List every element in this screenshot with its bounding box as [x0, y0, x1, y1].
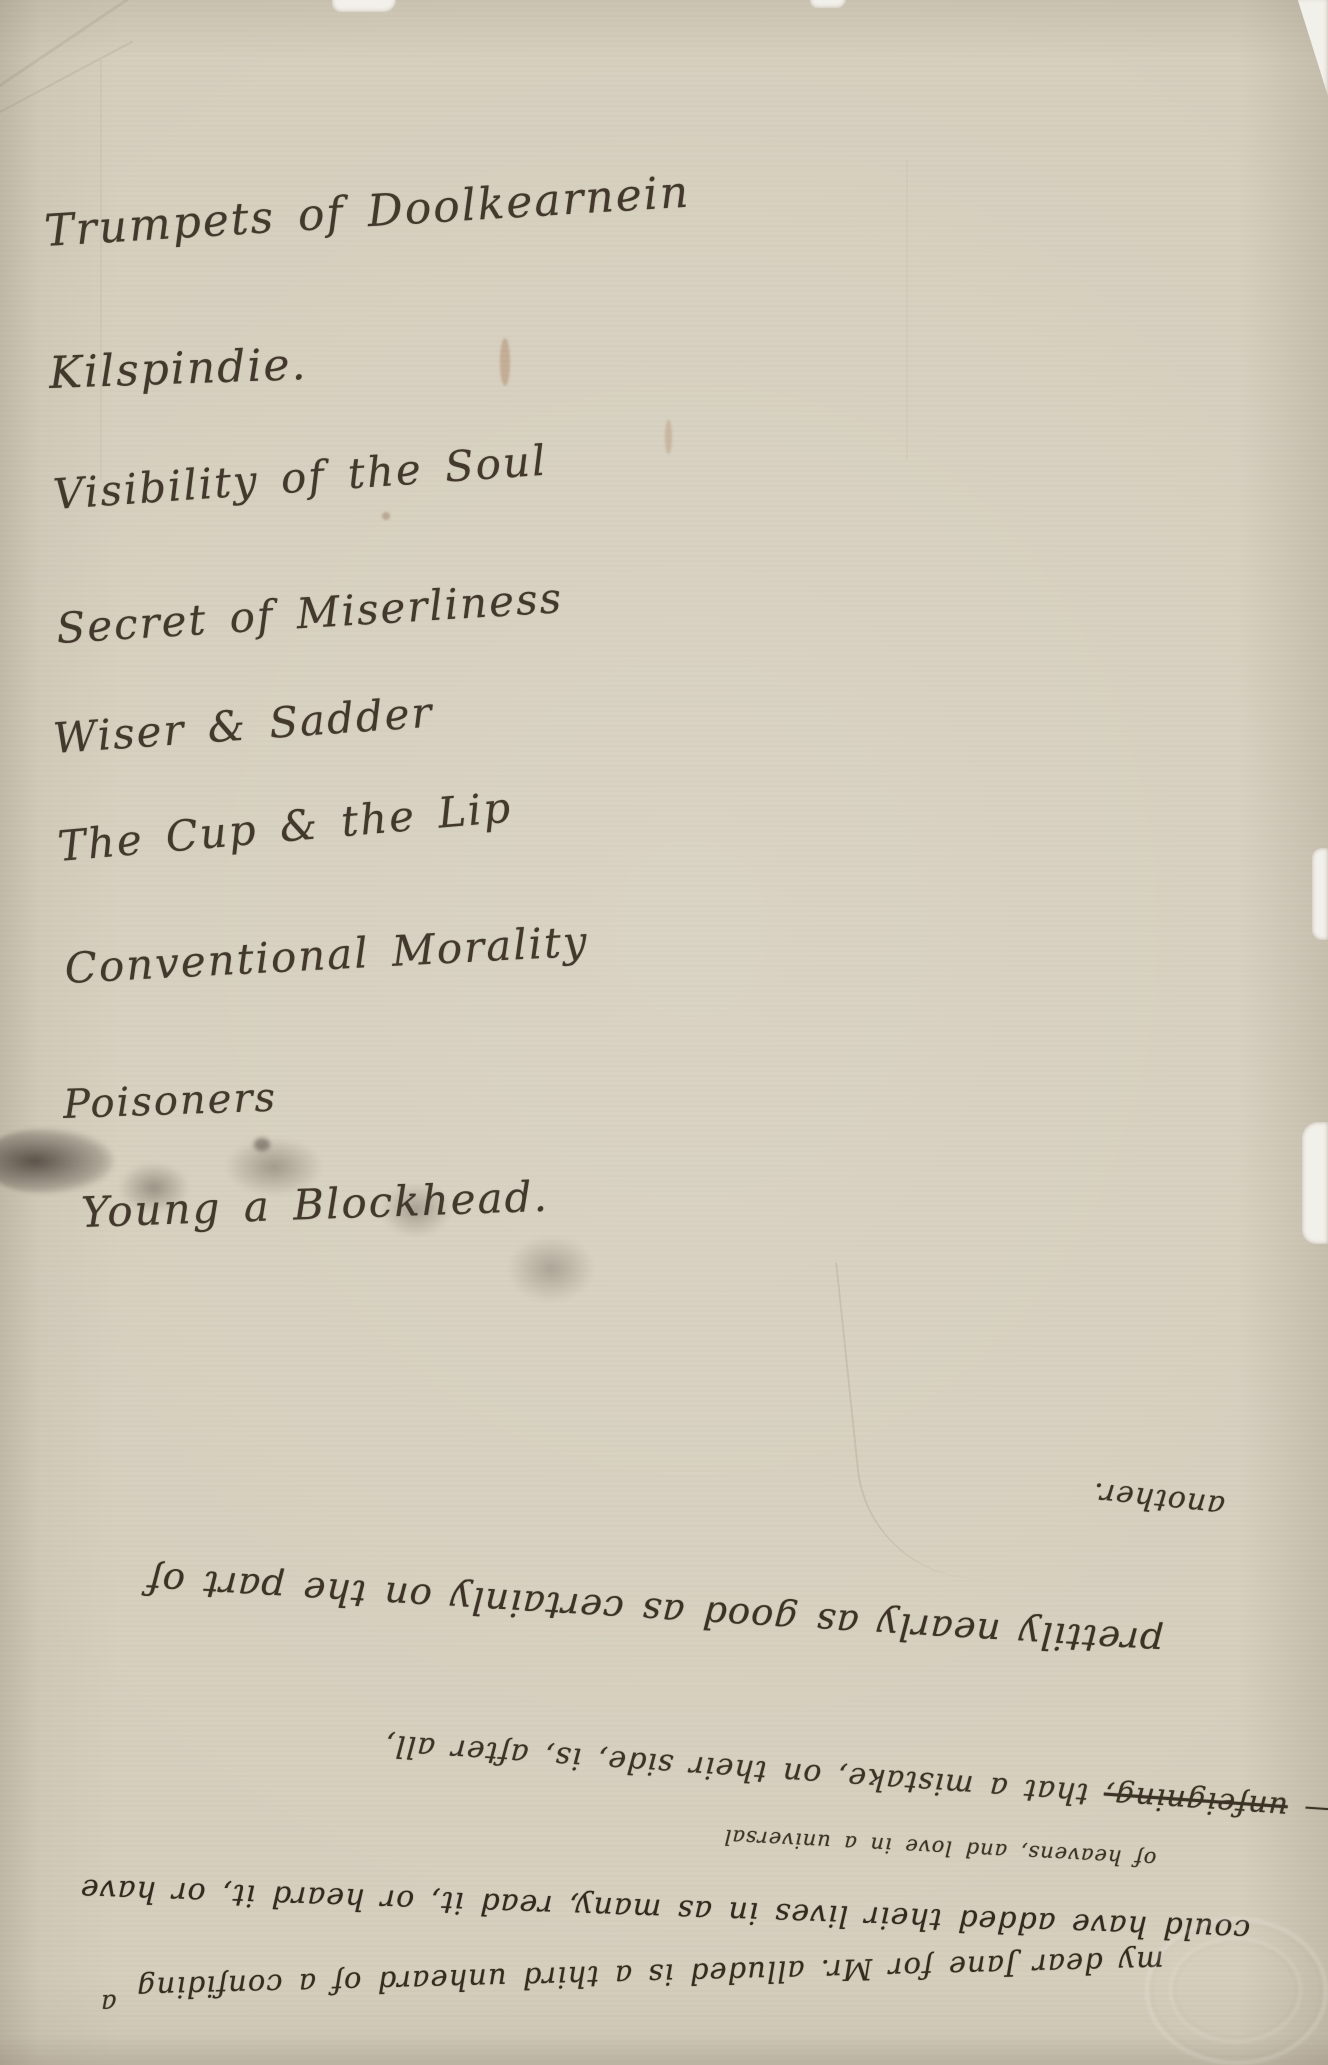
- list-item-1: Trumpets of Doolkearnein: [43, 167, 692, 257]
- manuscript-page: Trumpets of Doolkearnein Kilspindie. Vis…: [0, 0, 1328, 2065]
- paper-tear-top-right-corner: [1272, 0, 1328, 96]
- foxing-stain-3: [382, 512, 390, 520]
- crease-top-left-diagonal: [0, 0, 172, 94]
- crease-center-right-curve: [835, 1250, 991, 1591]
- inverted-line-3: of heavens, and love in a universal: [610, 1819, 1270, 1878]
- paper-tear-right-edge-middle: [1302, 1122, 1328, 1244]
- list-item-7: Conventional Morality: [63, 917, 589, 993]
- inverted-word-another: another.: [1091, 1475, 1227, 1524]
- paper-tear-right-edge-upper: [1312, 848, 1328, 940]
- embossed-seal-inner: [1170, 1938, 1301, 2042]
- ink-blot-left-edge: [0, 1128, 114, 1194]
- inverted-line-2-dash: —: [1302, 1791, 1328, 1828]
- foxing-stain-2: [665, 420, 672, 454]
- foxing-stain-1: [500, 338, 510, 386]
- paper-tear-top-left-chip: [332, 0, 396, 12]
- inverted-line-2-struck-word: unfeigning,: [1103, 1777, 1289, 1825]
- inverted-line-1: prettily nearly as good as certainly on …: [70, 1554, 1240, 1668]
- inverted-line-2-rest: that a mistake, on their side, is, after…: [383, 1727, 1089, 1811]
- list-item-6: The Cup & the Lip: [56, 782, 514, 871]
- inverted-line-4: could have added their lives in as many,…: [8, 1869, 1322, 1950]
- ink-smudge-4: [508, 1236, 594, 1302]
- list-item-4: Secret of Miserliness: [55, 573, 564, 653]
- list-item-2: Kilspindie.: [48, 339, 308, 399]
- inverted-line-6: a: [100, 1988, 117, 2018]
- crease-top-left-diagonal-2: [0, 41, 133, 118]
- ink-dot-1: [254, 1138, 270, 1151]
- crease-upper-right-vertical: [906, 160, 908, 460]
- paper-tear-top-middle-chip: [810, 0, 846, 8]
- crease-left-vertical: [100, 60, 102, 480]
- inverted-line-5: my dear Jane for Mr. alluded is a third …: [0, 1941, 1300, 2009]
- list-item-3: Visibility of the Soul: [52, 436, 549, 519]
- list-item-8: Poisoners: [62, 1075, 277, 1128]
- list-item-5: Wiser & Sadder: [52, 688, 435, 763]
- inverted-line-2: — unfeigning, that a mistake, on their s…: [545, 1738, 1328, 1828]
